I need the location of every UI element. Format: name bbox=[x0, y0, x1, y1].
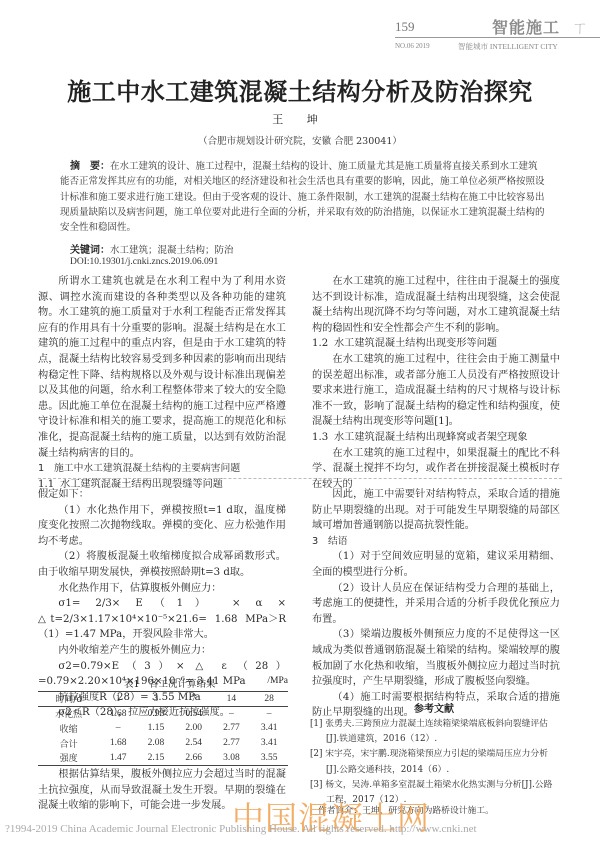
page-break-divider bbox=[38, 478, 562, 479]
upper-right-column: 在水工建筑的施工过程中，往往由于混凝土的强度达不到设计标准，造成混凝土结构出现裂… bbox=[312, 274, 560, 492]
calc-1-label: 水化热作用下，估算腹板外侧应力： bbox=[38, 581, 286, 597]
table-row: 合计 1.68 2.08 2.54 2.77 3.41 bbox=[38, 736, 288, 751]
assumption-1: （1）水化热作用下，弹模按照t=1 d取，温度梯度变化按照二次抛物线取。弹模的变… bbox=[38, 503, 286, 550]
keywords-label: 关键词： bbox=[70, 245, 110, 256]
paragraph-deformation: 在水工建筑的施工过程中，往往会由于施工测量中的误差超出标准，或者部分施工人员没有… bbox=[312, 352, 560, 430]
reference-item: [2] 宋宇亮，宋宇鹏.现浇箱梁预应力引起的梁端局压应力分析 [J].公路交通科… bbox=[310, 747, 560, 777]
keywords: 关键词：水工建筑；混凝土结构；防治 bbox=[70, 241, 234, 256]
intro-paragraph: 所谓水工建筑也就是在水利工程中为了利用水资源、调控水流而建设的各种类型以及各种功… bbox=[38, 274, 286, 461]
table-unit: /MPa bbox=[267, 676, 288, 686]
conclusion-2: （2）设计人员应在保证结构受力合理的基础上，考虑施工的便捷性，并采用合适的分析手… bbox=[312, 581, 560, 628]
section-heading-1: 1施工中水工建筑混凝土结构的主要病害问题 bbox=[38, 461, 286, 477]
journal-name: 智能施工 bbox=[492, 15, 560, 38]
calc-2-label: 内外收缩差产生的腹板外侧应力： bbox=[38, 643, 286, 659]
journal-section: 智能城市 INTELLIGENT CITY bbox=[458, 41, 558, 52]
table-header-row: 时间/d 1 3 7 14 28 bbox=[38, 692, 288, 707]
section-heading-1-2: 1.2水工建筑混凝土结构出现变形等问题 bbox=[312, 336, 560, 352]
table-row: 强度 1.47 2.15 2.66 3.08 3.55 bbox=[38, 751, 288, 766]
keywords-text: 水工建筑；混凝土结构；防治 bbox=[110, 245, 234, 256]
reference-item: [1] 张勇夫.三跨预应力混凝土连续箱梁梁端底板斜向裂缝评估[J].铁道建筑，2… bbox=[310, 717, 560, 747]
upper-left-column: 所谓水工建筑也就是在水利工程中为了利用水资源、调控水流而建设的各种类型以及各种功… bbox=[38, 274, 286, 492]
author-affiliation: （合肥市规划设计研究院，安徽 合肥 230041） bbox=[0, 133, 600, 147]
conclusion-3: （3）梁端边腹板外侧预应力度的不足使得这一区域成为类似普通钢筋混凝土箱梁的结构。… bbox=[312, 627, 560, 689]
header-rule bbox=[395, 37, 600, 38]
copyright-footer: ?1994-2019 China Academic Journal Electr… bbox=[5, 823, 477, 835]
table-row: 水化热 1.68 0.93 0.54 – – bbox=[38, 706, 288, 721]
conclusion-1: （1）对于空间效应明显的宽箱，建议采用精细、全面的模型进行分析。 bbox=[312, 549, 560, 580]
page-header: 159 智能施工 ㄒ NO.06 2019 智能城市 INTELLIGENT C… bbox=[0, 0, 600, 56]
article-author: 王 坤 bbox=[0, 111, 600, 127]
section-heading-3: 3结语 bbox=[312, 534, 560, 550]
section-heading-1-3: 1.3水工建筑混凝土结构出现蜂窝或者架空现象 bbox=[312, 430, 560, 446]
paragraph-measures: 因此，施工中需要针对结构特点，采取合适的措施防止早期裂缝的出现。对于可能发生早期… bbox=[312, 487, 560, 534]
issue-number: NO.06 2019 bbox=[395, 42, 430, 50]
assumption-2: （2）将腹板混凝土收缩梯度拟合成幂函数形式。由于收缩早期发展快，弹模按照龄期t=… bbox=[38, 549, 286, 580]
doi: DOI:10.19301/j.cnki.zncs.2019.06.091 bbox=[70, 257, 218, 267]
assumption-intro: 假定如下： bbox=[38, 487, 286, 503]
paragraph-honeycomb: 在水工建筑的施工过程中，如果混凝土的配比不科学、混凝土搅拌不均匀，或作者在拼接混… bbox=[312, 446, 560, 493]
abstract-text: 在水工建筑的设计、施工过程中，混凝土结构的设计、施工质量尤其是施工质量将直接关系… bbox=[60, 161, 545, 233]
references-title: 参考文献 bbox=[310, 700, 558, 715]
abstract-label: 摘 要： bbox=[70, 161, 110, 172]
crane-logo-icon: ㄒ bbox=[572, 15, 588, 38]
page-number: 159 bbox=[395, 19, 415, 35]
calc-1-formula: σ1= 2/3× E（1） × α × △t=2/3×1.17×10⁴×10⁻⁵… bbox=[38, 596, 286, 643]
lower-right-column: 因此，施工中需要针对结构特点，采取合适的措施防止早期裂缝的出现。对于可能发生早期… bbox=[312, 487, 560, 721]
abstract: 摘 要：在水工建筑的设计、施工过程中，混凝土结构的设计、施工质量尤其是施工质量将… bbox=[60, 159, 545, 235]
paragraph-cracks: 在水工建筑的施工过程中，往往由于混凝土的强度达不到设计标准，造成混凝土结构出现裂… bbox=[312, 274, 560, 336]
article-title: 施工中水工建筑混凝土结构分析及防治探究 bbox=[0, 72, 600, 107]
table-row: 收缩 – 1.15 2.00 2.77 3.41 bbox=[38, 721, 288, 736]
table-title: 表1 各工况计算结果 bbox=[124, 676, 216, 690]
results-table: 时间/d 1 3 7 14 28 水化热 1.68 0.93 0.54 – – … bbox=[38, 691, 288, 766]
